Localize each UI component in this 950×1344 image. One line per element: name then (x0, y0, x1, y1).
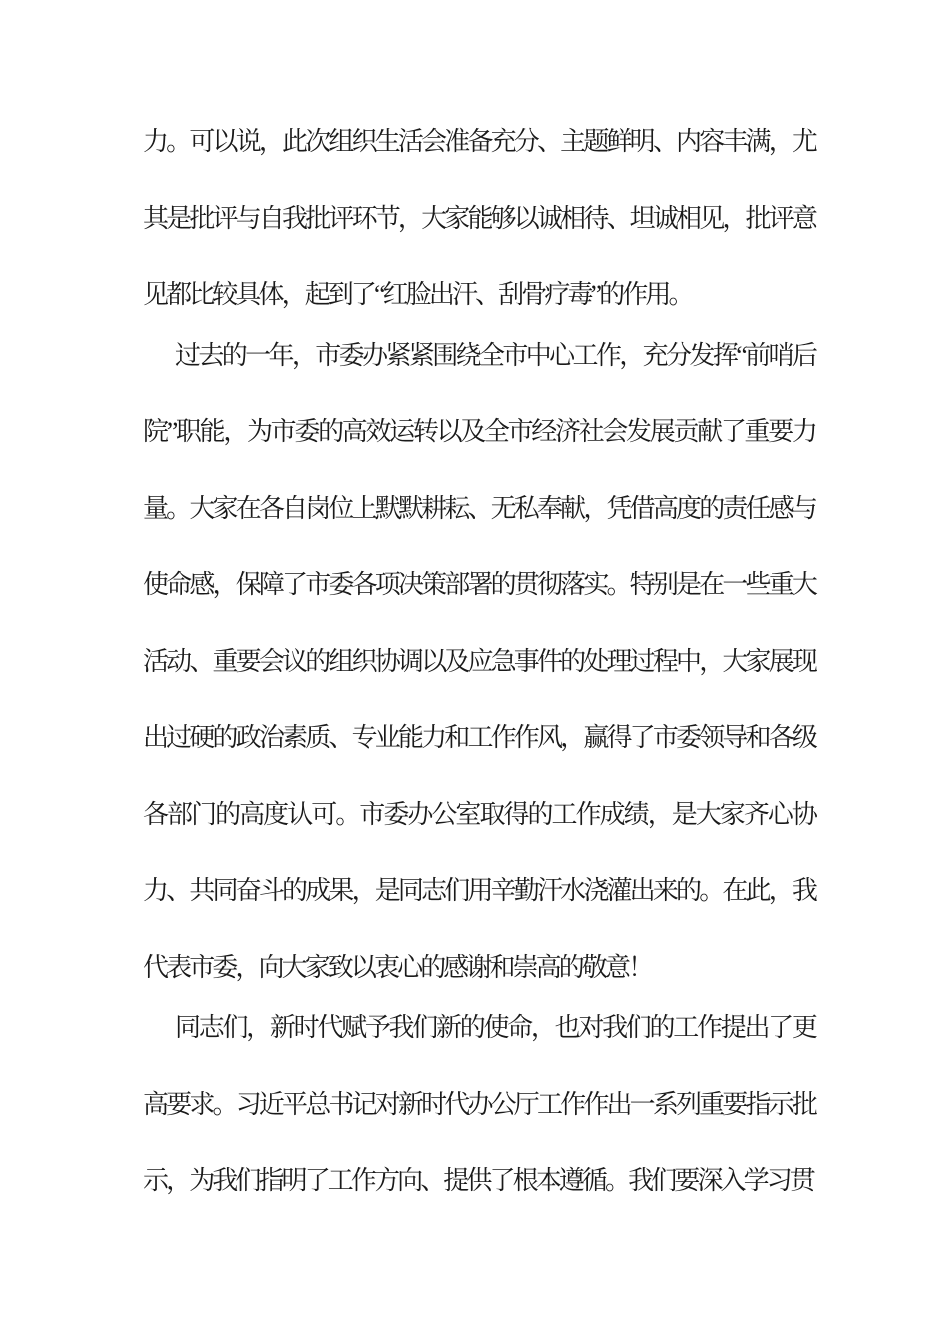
document-body: 力。可以说，此次组织生活会准备充分、主题鲜明、内容丰满，尤其是批评与自我批评环节… (143, 104, 815, 1220)
body-paragraph: 同志们，新时代赋予我们新的使命，也对我们的工作提出了更高要求。习近平总书记对新时… (143, 990, 815, 1220)
body-paragraph: 过去的一年，市委办紧紧围绕全市中心工作，充分发挥“前哨后院”职能，为市委的高效运… (143, 318, 815, 1007)
document-page: 力。可以说，此次组织生活会准备充分、主题鲜明、内容丰满，尤其是批评与自我批评环节… (0, 0, 950, 1344)
body-paragraph: 力。可以说，此次组织生活会准备充分、主题鲜明、内容丰满，尤其是批评与自我批评环节… (143, 104, 815, 334)
